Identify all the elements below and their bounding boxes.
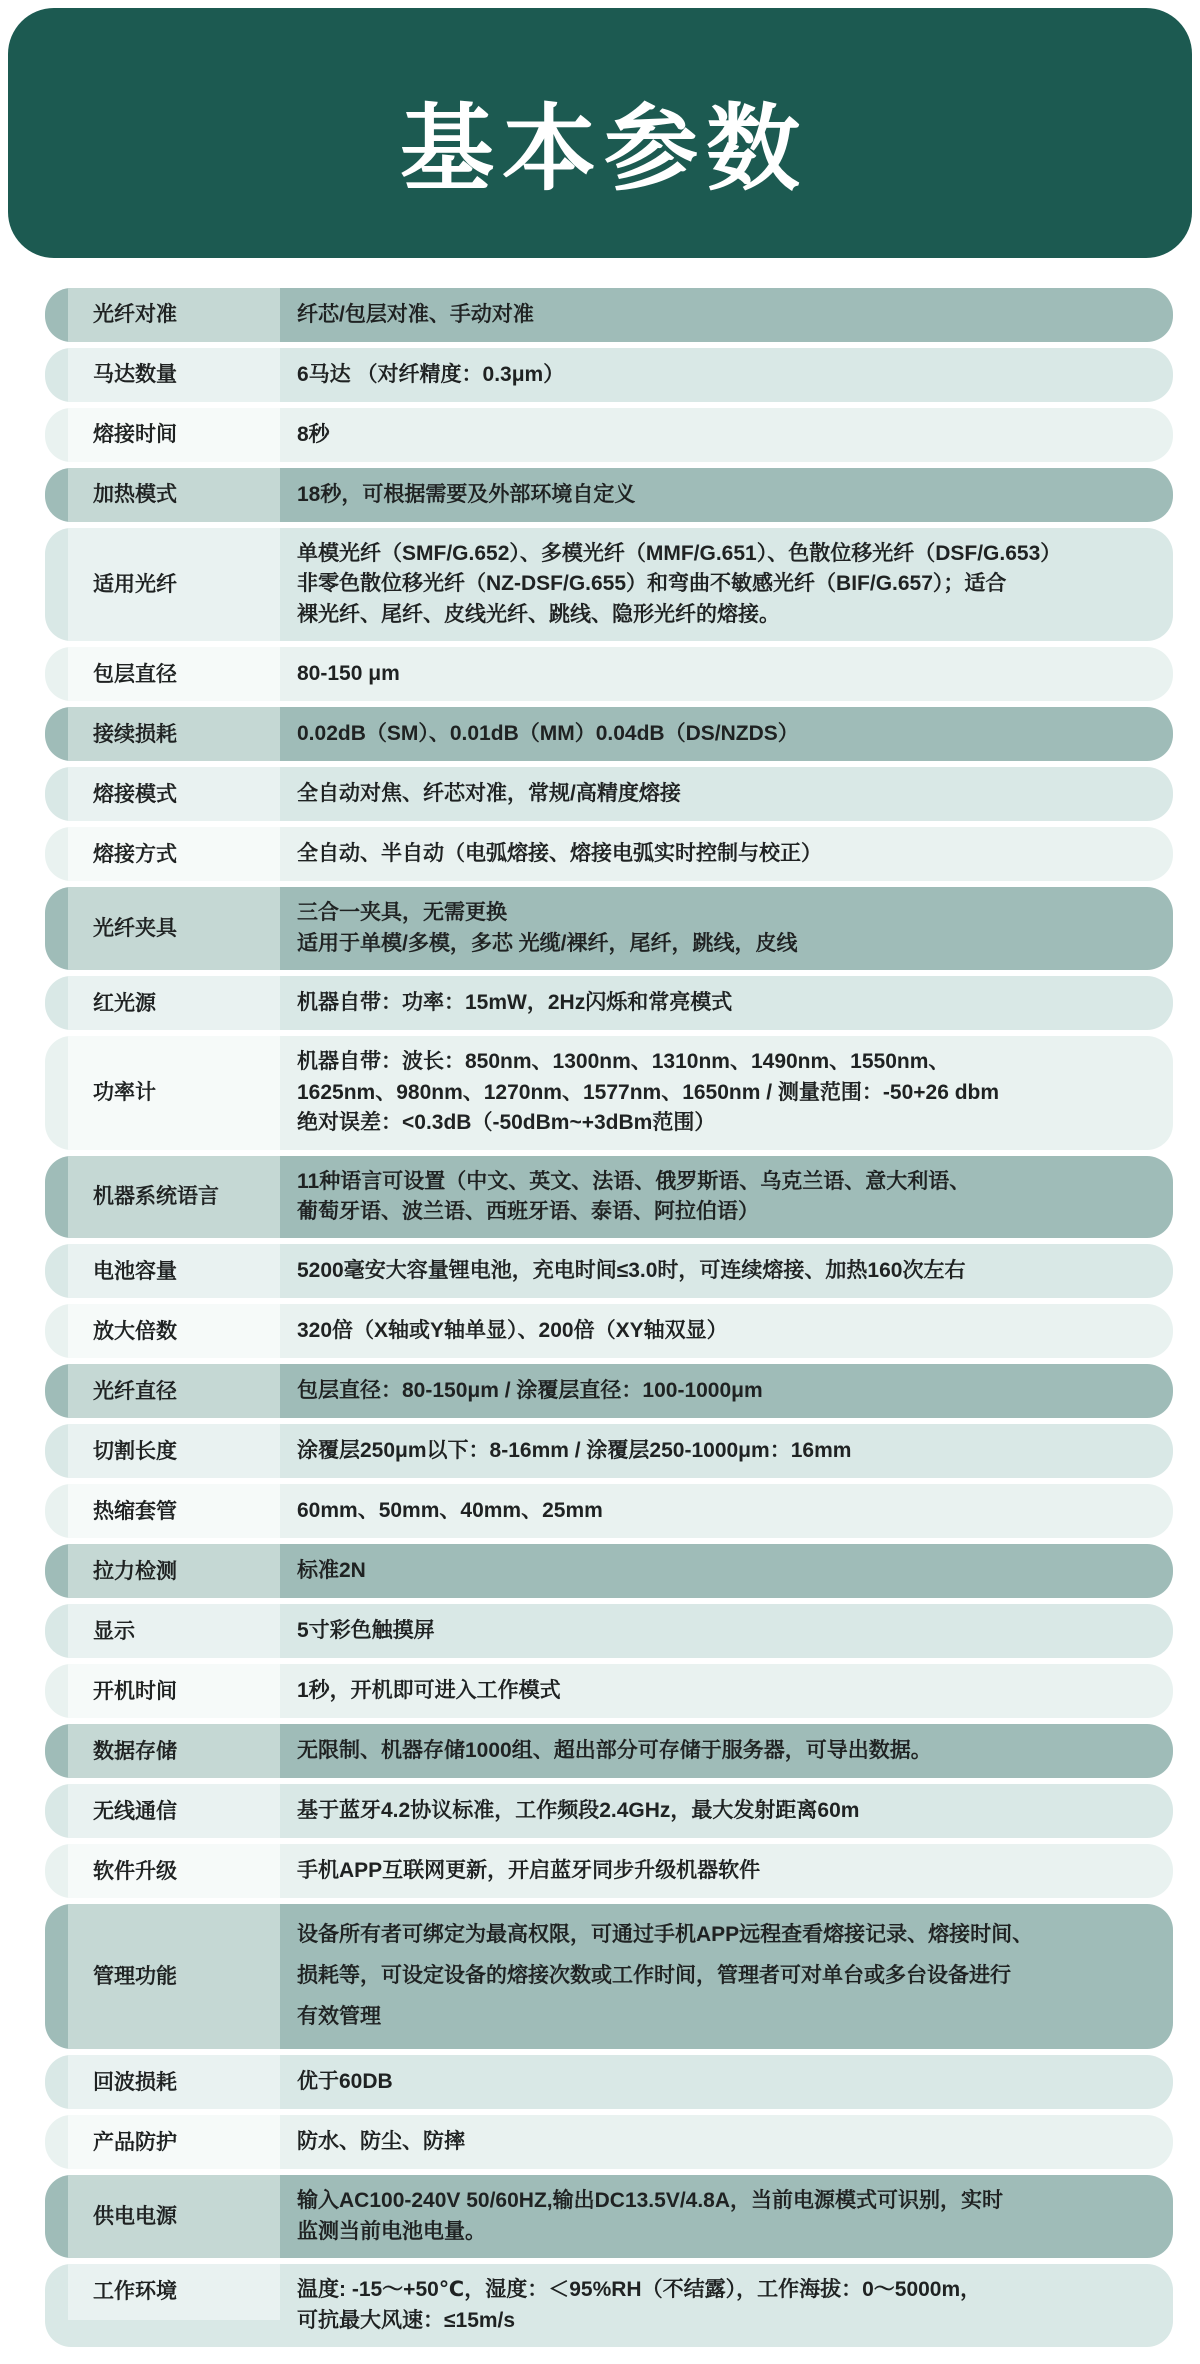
spec-value-cell: 11种语言可设置（中文、英文、法语、俄罗斯语、乌克兰语、意大利语、 葡萄牙语、波… xyxy=(297,1156,1173,1239)
spec-row: 光纤对准 纤芯/包层对准、手动对准 xyxy=(45,288,1173,342)
spec-value-cell: 纤芯/包层对准、手动对准 xyxy=(297,289,1173,341)
spec-value-cell: 机器自带：波长：850nm、1300nm、1310nm、1490nm、1550n… xyxy=(297,1036,1173,1149)
spec-label-cell: 接续损耗 xyxy=(68,707,280,761)
spec-value-cell: 防水、防尘、防摔 xyxy=(297,2116,1173,2168)
spec-label-cell: 电池容量 xyxy=(68,1244,280,1298)
spec-label-cell: 光纤夹具 xyxy=(68,887,280,970)
spec-row: 光纤夹具 三合一夹具，无需更换 适用于单模/多模，多芯 光缆/裸纤，尾纤，跳线，… xyxy=(45,887,1173,970)
header-banner: 基本参数 xyxy=(8,8,1192,258)
spec-row: 开机时间 1秒，开机即可进入工作模式 xyxy=(45,1664,1173,1718)
spec-value-cell: 三合一夹具，无需更换 适用于单模/多模，多芯 光缆/裸纤，尾纤，跳线，皮线 xyxy=(297,887,1173,970)
spec-row: 熔接方式 全自动、半自动（电弧熔接、熔接电弧实时控制与校正） xyxy=(45,827,1173,881)
spec-label-cell: 功率计 xyxy=(68,1036,280,1149)
spec-value-cell: 全自动、半自动（电弧熔接、熔接电弧实时控制与校正） xyxy=(297,828,1173,880)
spec-label-cell: 熔接时间 xyxy=(68,408,280,462)
spec-row: 适用光纤 单模光纤（SMF/G.652）、多模光纤（MMF/G.651）、色散位… xyxy=(45,528,1173,641)
spec-value-cell: 8秒 xyxy=(297,409,1173,461)
spec-value-cell: 6马达 （对纤精度：0.3μm） xyxy=(297,349,1173,401)
spec-value-cell: 无限制、机器存储1000组、超出部分可存储于服务器，可导出数据。 xyxy=(297,1725,1173,1777)
spec-label-cell: 熔接方式 xyxy=(68,827,280,881)
spec-row: 包层直径 80-150 μm xyxy=(45,647,1173,701)
spec-value-cell: 机器自带：功率：15mW，2Hz闪烁和常亮模式 xyxy=(297,977,1173,1029)
spec-label-cell: 红光源 xyxy=(68,976,280,1030)
spec-row: 机器系统语言 11种语言可设置（中文、英文、法语、俄罗斯语、乌克兰语、意大利语、… xyxy=(45,1156,1173,1239)
spec-value-cell: 80-150 μm xyxy=(297,648,1173,700)
spec-row: 产品防护 防水、防尘、防摔 xyxy=(45,2115,1173,2169)
spec-label-cell: 回波损耗 xyxy=(68,2055,280,2109)
spec-value-cell: 60mm、50mm、40mm、25mm xyxy=(297,1485,1173,1537)
spec-value-cell: 输入AC100-240V 50/60HZ,输出DC13.5V/4.8A，当前电源… xyxy=(297,2175,1173,2258)
spec-value-cell: 5寸彩色触摸屏 xyxy=(297,1605,1173,1657)
spec-row: 接续损耗 0.02dB（SM）、0.01dB（MM）0.04dB（DS/NZDS… xyxy=(45,707,1173,761)
spec-label-cell: 切割长度 xyxy=(68,1424,280,1478)
spec-row: 加热模式 18秒，可根据需要及外部环境自定义 xyxy=(45,468,1173,522)
spec-value-cell: 包层直径：80-150μm / 涂覆层直径：100-1000μm xyxy=(297,1365,1173,1417)
spec-label-cell: 适用光纤 xyxy=(68,528,280,641)
spec-value-cell: 18秒，可根据需要及外部环境自定义 xyxy=(297,469,1173,521)
spec-value-cell: 320倍（X轴或Y轴单显）、200倍（XY轴双显） xyxy=(297,1305,1173,1357)
spec-label-cell: 软件升级 xyxy=(68,1844,280,1898)
spec-label-cell: 机器系统语言 xyxy=(68,1156,280,1239)
spec-row: 供电电源 输入AC100-240V 50/60HZ,输出DC13.5V/4.8A… xyxy=(45,2175,1173,2258)
spec-row: 放大倍数 320倍（X轴或Y轴单显）、200倍（XY轴双显） xyxy=(45,1304,1173,1358)
spec-row: 回波损耗 优于60DB xyxy=(45,2055,1173,2109)
spec-label-cell: 显示 xyxy=(68,1604,280,1658)
spec-label-cell: 数据存储 xyxy=(68,1724,280,1778)
page-title: 基本参数 xyxy=(392,59,808,208)
spec-row: 电池容量 5200毫安大容量锂电池，充电时间≤3.0时，可连续熔接、加热160次… xyxy=(45,1244,1173,1298)
spec-row: 马达数量 6马达 （对纤精度：0.3μm） xyxy=(45,348,1173,402)
spec-value-cell: 单模光纤（SMF/G.652）、多模光纤（MMF/G.651）、色散位移光纤（D… xyxy=(297,528,1173,641)
spec-label-cell: 供电电源 xyxy=(68,2175,280,2258)
spec-row: 光纤直径 包层直径：80-150μm / 涂覆层直径：100-1000μm xyxy=(45,1364,1173,1418)
spec-row: 熔接时间 8秒 xyxy=(45,408,1173,462)
spec-label-cell: 开机时间 xyxy=(68,1664,280,1718)
spec-label-cell: 马达数量 xyxy=(68,348,280,402)
spec-label-cell: 熔接模式 xyxy=(68,767,280,821)
spec-row: 无线通信 基于蓝牙4.2协议标准，工作频段2.4GHz，最大发射距离60m xyxy=(45,1784,1173,1838)
page-root: 基本参数 光纤对准 纤芯/包层对准、手动对准 马达数量 6马达 （对纤精度：0.… xyxy=(0,8,1200,2347)
spec-value-cell: 标准2N xyxy=(297,1545,1173,1597)
spec-label-cell: 包层直径 xyxy=(68,647,280,701)
spec-row: 工作环境 温度: -15～+50℃，湿度：＜95%RH（不结露），工作海拔：0～… xyxy=(45,2264,1173,2347)
spec-value-cell: 设备所有者可绑定为最高权限，可通过手机APP远程查看熔接记录、熔接时间、 损耗等… xyxy=(297,1904,1173,2049)
spec-label-cell: 工作环境 xyxy=(68,2264,280,2320)
spec-label-cell: 无线通信 xyxy=(68,1784,280,1838)
spec-row: 熔接模式 全自动对焦、纤芯对准，常规/高精度熔接 xyxy=(45,767,1173,821)
spec-label-cell: 放大倍数 xyxy=(68,1304,280,1358)
spec-value-cell: 1秒，开机即可进入工作模式 xyxy=(297,1665,1173,1717)
spec-value-cell: 0.02dB（SM）、0.01dB（MM）0.04dB（DS/NZDS） xyxy=(297,708,1173,760)
spec-label-cell: 拉力检测 xyxy=(68,1544,280,1598)
spec-row: 热缩套管 60mm、50mm、40mm、25mm xyxy=(45,1484,1173,1538)
spec-row: 切割长度 涂覆层250μm以下：8-16mm / 涂覆层250-1000μm：1… xyxy=(45,1424,1173,1478)
spec-row: 功率计 机器自带：波长：850nm、1300nm、1310nm、1490nm、1… xyxy=(45,1036,1173,1149)
spec-value-cell: 手机APP互联网更新，开启蓝牙同步升级机器软件 xyxy=(297,1845,1173,1897)
spec-row: 红光源 机器自带：功率：15mW，2Hz闪烁和常亮模式 xyxy=(45,976,1173,1030)
spec-label-cell: 热缩套管 xyxy=(68,1484,280,1538)
spec-value-cell: 5200毫安大容量锂电池，充电时间≤3.0时，可连续熔接、加热160次左右 xyxy=(297,1245,1173,1297)
spec-value-cell: 优于60DB xyxy=(297,2056,1173,2108)
spec-row: 拉力检测 标准2N xyxy=(45,1544,1173,1598)
spec-table: 光纤对准 纤芯/包层对准、手动对准 马达数量 6马达 （对纤精度：0.3μm） … xyxy=(45,288,1173,2347)
spec-label-cell: 加热模式 xyxy=(68,468,280,522)
spec-value-cell: 涂覆层250μm以下：8-16mm / 涂覆层250-1000μm：16mm xyxy=(297,1425,1173,1477)
spec-label-cell: 光纤对准 xyxy=(68,288,280,342)
spec-row: 数据存储 无限制、机器存储1000组、超出部分可存储于服务器，可导出数据。 xyxy=(45,1724,1173,1778)
spec-label-cell: 光纤直径 xyxy=(68,1364,280,1418)
spec-value-cell: 温度: -15～+50℃，湿度：＜95%RH（不结露），工作海拔：0～5000m… xyxy=(297,2264,1173,2347)
spec-label-cell: 产品防护 xyxy=(68,2115,280,2169)
spec-row: 软件升级 手机APP互联网更新，开启蓝牙同步升级机器软件 xyxy=(45,1844,1173,1898)
spec-row: 显示 5寸彩色触摸屏 xyxy=(45,1604,1173,1658)
spec-label-cell: 管理功能 xyxy=(68,1904,280,2049)
spec-row: 管理功能 设备所有者可绑定为最高权限，可通过手机APP远程查看熔接记录、熔接时间… xyxy=(45,1904,1173,2049)
spec-value-cell: 基于蓝牙4.2协议标准，工作频段2.4GHz，最大发射距离60m xyxy=(297,1785,1173,1837)
spec-value-cell: 全自动对焦、纤芯对准，常规/高精度熔接 xyxy=(297,768,1173,820)
